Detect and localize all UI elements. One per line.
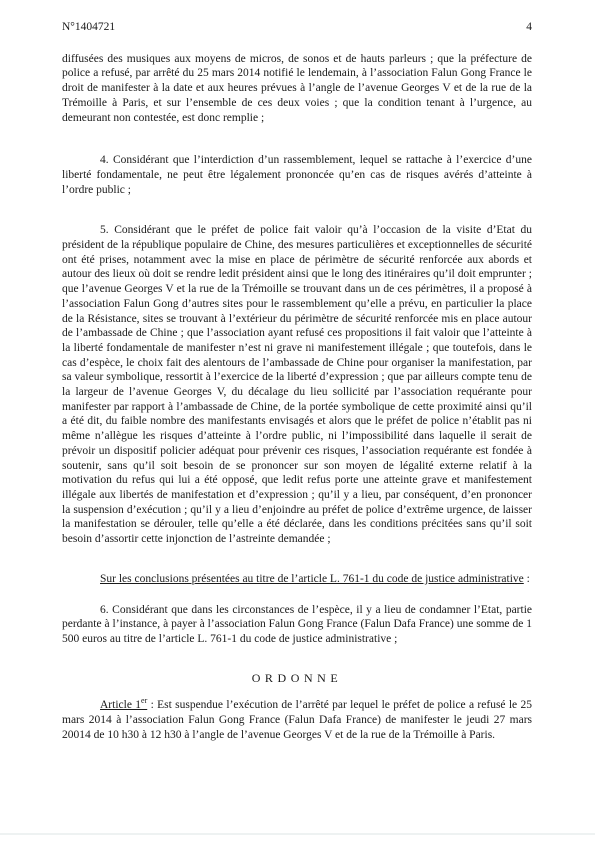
paragraph-intro: diffusées des musiques aux moyens de mic… [62, 52, 532, 126]
ordonne-heading: ORDONNE [62, 671, 532, 686]
paragraph-4: 4. Considérant que l’interdiction d’un r… [62, 153, 532, 197]
article-1-label-text: Article 1 [100, 699, 141, 711]
conclusions-heading-text: Sur les conclusions présentées au titre … [100, 573, 524, 585]
article-1-paragraph: Article 1er : Est suspendue l’exécution … [62, 698, 532, 742]
page-number: 4 [526, 20, 532, 35]
case-number: N°1404721 [62, 20, 115, 35]
paragraph-6: 6. Considérant que dans les circonstance… [62, 603, 532, 647]
scan-artifact-line [0, 833, 595, 835]
conclusions-heading-colon: : [524, 573, 530, 585]
conclusions-heading: Sur les conclusions présentées au titre … [62, 572, 532, 587]
page-header: N°1404721 4 [62, 20, 532, 35]
document-body: diffusées des musiques aux moyens de mic… [62, 52, 532, 743]
article-1-label: Article 1er [100, 699, 147, 711]
paragraph-5: 5. Considérant que le préfet de police f… [62, 223, 532, 546]
document-page: N°1404721 4 diffusées des musiques aux m… [0, 0, 595, 842]
